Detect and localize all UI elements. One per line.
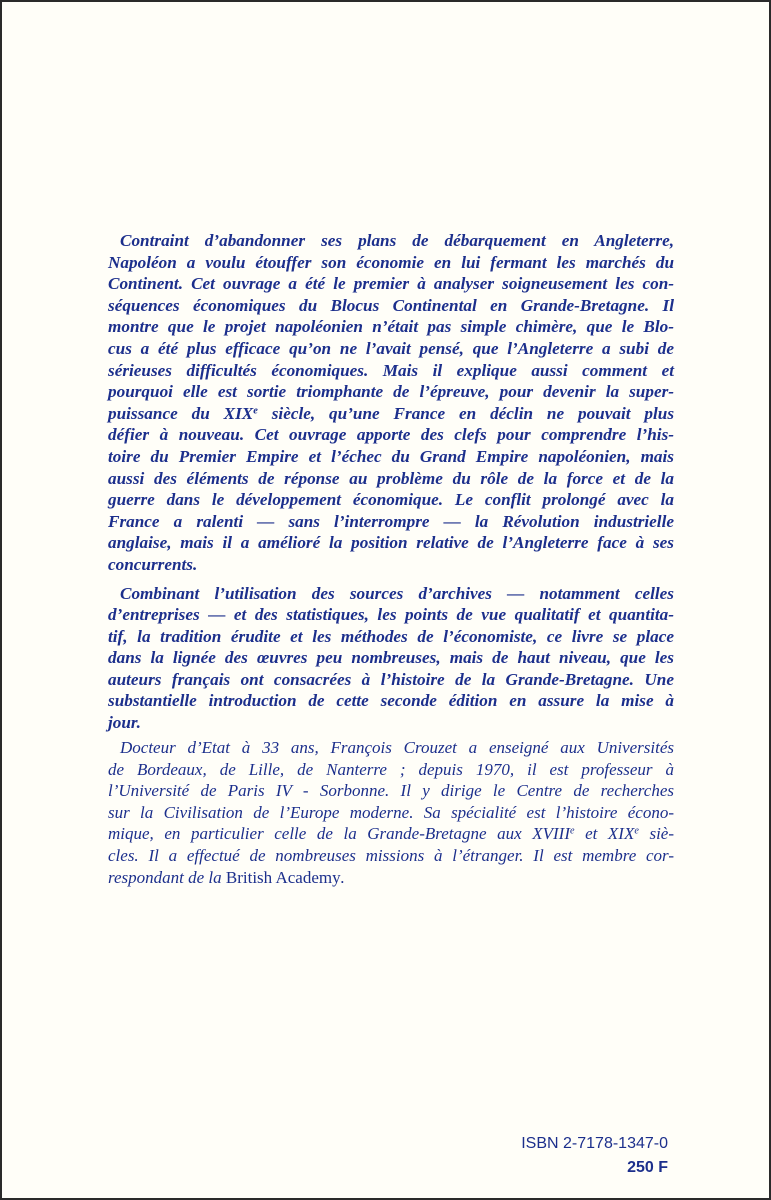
text-line: puissance du XIXe siècle, qu’une France … xyxy=(108,403,674,425)
text-line: auteurs français ont consacrées à l’hist… xyxy=(108,669,674,691)
text-run: mique, en particulier celle de la Grande… xyxy=(108,824,570,843)
text-line: cles. Il a effectué de nombreuses missio… xyxy=(108,845,674,867)
institution-name: British Academy xyxy=(226,868,341,887)
text-line: aussi des éléments de réponse au problèm… xyxy=(108,468,674,490)
text-run: siècle, qu’une France en déclin ne pouva… xyxy=(258,404,674,423)
text-line: défier à nouveau. Cet ouvrage apporte de… xyxy=(108,424,674,446)
text-line: l’Université de Paris IV - Sorbonne. Il … xyxy=(108,780,674,802)
text-line: montre que le projet napoléonien n’était… xyxy=(108,316,674,338)
text-line: guerre dans le développement économique.… xyxy=(108,489,674,511)
book-blurb: Contraint d’abandonner ses plans de déba… xyxy=(108,230,674,734)
text-run: respondant de la xyxy=(108,868,226,887)
text-run: puissance du XIX xyxy=(108,404,253,423)
text-line: pourquoi elle est sortie triomphante de … xyxy=(108,381,674,403)
text-line: anglaise, mais il a amélioré la position… xyxy=(108,532,674,554)
text-line: respondant de la British Academy. xyxy=(108,867,674,889)
text-line: France a ralenti — sans l’interrompre — … xyxy=(108,511,674,533)
blurb-paragraph-2: Combinant l’utilisation des sources d’ar… xyxy=(108,583,674,734)
text-line: Combinant l’utilisation des sources d’ar… xyxy=(108,583,674,605)
text-line: dans la lignée des œuvres peu nombreuses… xyxy=(108,647,674,669)
text-line: toire du Premier Empire et l’échec du Gr… xyxy=(108,446,674,468)
author-bio: Docteur d’Etat à 33 ans, François Crouze… xyxy=(108,737,674,888)
text-line: sur la Civilisation de l’Europe moderne.… xyxy=(108,802,674,824)
text-line: de Bordeaux, de Lille, de Nanterre ; dep… xyxy=(108,759,674,781)
text-line: mique, en particulier celle de la Grande… xyxy=(108,823,674,845)
book-back-cover: Contraint d’abandonner ses plans de déba… xyxy=(0,0,771,1200)
text-line: Napoléon a voulu étouffer son économie e… xyxy=(108,252,674,274)
text-line: sérieuses difficultés économiques. Mais … xyxy=(108,360,674,382)
price-label: 250 F xyxy=(627,1159,668,1177)
blurb-paragraph-1: Contraint d’abandonner ses plans de déba… xyxy=(108,230,674,576)
text-line: cus a été plus efficace qu’on ne l’avait… xyxy=(108,338,674,360)
paragraph-gap xyxy=(108,576,674,583)
text-line: Docteur d’Etat à 33 ans, François Crouze… xyxy=(108,737,674,759)
text-line: Contraint d’abandonner ses plans de déba… xyxy=(108,230,674,252)
isbn-label: ISBN 2-7178-1347-0 xyxy=(521,1135,668,1153)
text-line: tif, la tradition érudite et les méthode… xyxy=(108,626,674,648)
text-run: et XIX xyxy=(575,824,635,843)
text-run: . xyxy=(341,868,345,887)
text-line: séquences économiques du Blocus Continen… xyxy=(108,295,674,317)
text-line: concurrents. xyxy=(108,554,674,576)
text-line: jour. xyxy=(108,712,674,734)
text-line: d’entreprises — et des statistiques, les… xyxy=(108,604,674,626)
text-line: substantielle introduction de cette seco… xyxy=(108,690,674,712)
text-run: siè- xyxy=(639,824,674,843)
text-line: Continent. Cet ouvrage a été le premier … xyxy=(108,273,674,295)
